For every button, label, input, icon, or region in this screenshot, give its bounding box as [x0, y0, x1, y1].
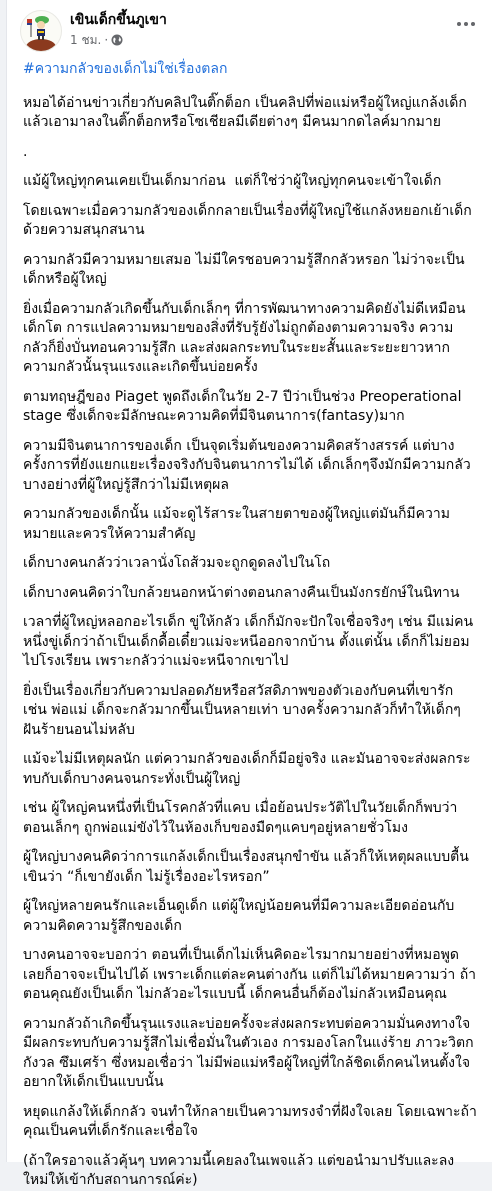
- post-paragraph: โดยเฉพาะเมื่อความกลัวของเด็กกลายเป็นเรื่…: [23, 202, 478, 241]
- post-paragraph: บางคนอาจจะบอกว่า ตอนที่เป็นเด็กไม่เห็นคิ…: [23, 946, 478, 1005]
- post-paragraph: ยิ่งเป็นเรื่องเกี่ยวกับความปลอดภัยหรือสว…: [23, 682, 478, 741]
- more-options-button[interactable]: [454, 18, 478, 30]
- avatar[interactable]: [20, 10, 62, 52]
- dot-icon: [471, 22, 475, 26]
- author-name[interactable]: เขินเด็กขึ้นภูเขา: [70, 11, 167, 29]
- post-header: เขินเด็กขึ้นภูเขา 1 ชม. ·: [7, 0, 492, 56]
- post-paragraph: .: [23, 143, 478, 163]
- dot-icon: [464, 22, 468, 26]
- post-paragraph: ผู้ใหญ่บางคนคิดว่าการแกล้งเด็กเป็นเรื่อง…: [23, 848, 478, 887]
- post-time[interactable]: 1 ชม.: [70, 32, 101, 48]
- post-paragraph: เวลาที่ผู้ใหญ่หลอกอะไรเด็ก ขู่ให้กลัว เด…: [23, 613, 478, 672]
- post-card: เขินเด็กขึ้นภูเขา 1 ชม. · #ความกลัวของเด…: [6, 0, 492, 1162]
- meta-separator: ·: [104, 32, 108, 48]
- avatar-illustration-icon: [21, 11, 61, 51]
- post-paragraph: ความมีจินตนาการของเด็ก เป็นจุดเริ่มต้นขอ…: [23, 437, 478, 496]
- hashtag-link[interactable]: #ความกลัวของเด็กไม่ใช่เรื่องตลก: [23, 60, 478, 80]
- post-paragraph: ตามทฤษฎีของ Piaget พูดถึงเด็กในวัย 2-7 ป…: [23, 388, 478, 427]
- dot-icon: [457, 22, 461, 26]
- post-paragraph: เด็กบางคนกลัวว่าเวลานั่งโถส้วมจะถูกดูดลง…: [23, 554, 478, 574]
- post-paragraph: หยุดแกล้งให้เด็กกลัว จนทำให้กลายเป็นความ…: [23, 1103, 478, 1142]
- post-paragraph: (ถ้าใครอาจแล้วคุ้นๆ บทความนี้เคยลงในเพจแ…: [23, 1152, 478, 1163]
- post-meta: 1 ชม. ·: [70, 32, 123, 48]
- post-paragraph: ความกลัวของเด็กนั้น แม้จะดูไร้สาระในสายต…: [23, 505, 478, 544]
- post-paragraph: หมอได้อ่านข่าวเกี่ยวกับคลิปในติ๊กต็อก เป…: [23, 94, 478, 133]
- post-paragraph: เช่น ผู้ใหญ่คนหนึ่งที่เป็นโรคกลัวที่แคบ …: [23, 799, 478, 838]
- post-paragraph: ความกลัวถ้าเกิดขึ้นรุนแรงและบ่อยครั้งจะส…: [23, 1015, 478, 1093]
- globe-icon[interactable]: [111, 34, 123, 46]
- post-paragraph: ยิ่งเมื่อความกลัวเกิดขึ้นกับเด็กเล็กๆ ที…: [23, 300, 478, 378]
- post-paragraph: แม้ผู้ใหญ่ทุกคนเคยเป็นเด็กมาก่อน แต่ก็ใช…: [23, 172, 478, 192]
- post-paragraph: ความกลัวมีความหมายเสมอ ไม่มีใครชอบความรู…: [23, 251, 478, 290]
- post-paragraph: เด็กบางคนคิดว่าใบกล้วยนอกหน้าต่างตอนกลาง…: [23, 584, 478, 604]
- post-paragraph: ผู้ใหญ่หลายคนรักและเอ็นดูเด็ก แต่ผู้ใหญ่…: [23, 897, 478, 936]
- post-paragraph: แม้จะไม่มีเหตุผลนัก แต่ความกลัวของเด็กก็…: [23, 750, 478, 789]
- post-body: #ความกลัวของเด็กไม่ใช่เรื่องตลก หมอได้อ่…: [7, 60, 492, 1162]
